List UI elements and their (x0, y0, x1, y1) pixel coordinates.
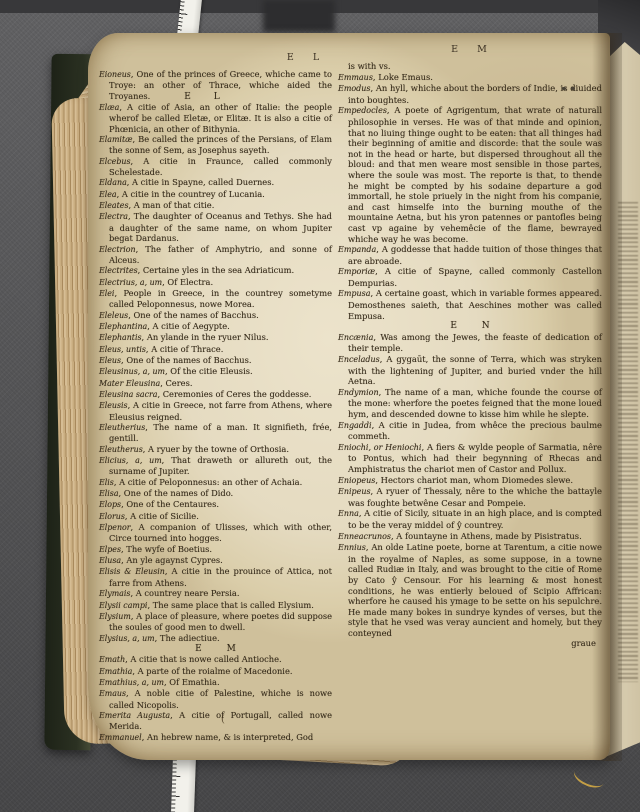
dictionary-entry: Emath, A citie that is nowe called Antio… (99, 654, 332, 665)
dictionary-entry: Elamitæ, Be called the princes of the Pe… (99, 134, 332, 156)
right-column: is with vs.Emmaus, Loke Emaus.Emodus, An… (338, 61, 602, 649)
dictionary-entry: Eniochi, or Heniochi, A fiers & wylde pe… (338, 442, 602, 475)
dictionary-entry: Mater Eleusina, Ceres. (99, 378, 332, 389)
entry-headword: Elorus (99, 512, 125, 521)
dictionary-entry: Elorus, A citie of Sicilie. (99, 511, 332, 522)
dictionary-entry: Electrites, Certaine yles in the sea Adr… (99, 265, 332, 276)
entry-headword: Electrites (99, 266, 138, 275)
dictionary-entry: Empanda, A goddesse that hadde tuition o… (338, 244, 602, 266)
entry-headword: Elops (99, 500, 121, 509)
section-heading: E M (99, 644, 332, 654)
entry-headword: Eleutherus (99, 445, 143, 454)
dictionary-entry: Elcebus, A citie in Fraunce, called comm… (99, 156, 332, 178)
dictionary-entry: Enipeus, A ryuer of Thessaly, nêre to th… (338, 486, 602, 508)
entry-headword: Eleus (99, 356, 121, 365)
printer-mark: ( (221, 714, 225, 725)
dictionary-entry: Emathia, A parte of the roialme of Maced… (99, 666, 332, 677)
entry-headword: Emmanuel (99, 733, 142, 742)
ruler-tick-marks (171, 756, 182, 812)
dictionary-entry: Elisis & Eleusin, A citie in the prouinc… (99, 566, 332, 588)
entry-headword: Elysii campi (99, 601, 147, 610)
entry-headword: Enceladus (338, 355, 380, 364)
entry-headword: Eniochi, or Heniochi (338, 443, 421, 452)
dictionary-entry: Engaddi, A citie in Judea, from whêce th… (338, 420, 602, 442)
dictionary-entry: Eleusinus, a, um, Of the citie Eleusis. (99, 366, 332, 377)
entry-headword: Emath (99, 655, 125, 664)
entry-headword: Emaus (99, 689, 126, 698)
photograph-stage: E L E M Eioneus, One of the princes of G… (0, 0, 640, 812)
section-heading: E N (338, 321, 602, 332)
page-flaw-dot (562, 87, 566, 90)
dictionary-entry: Elæa, A citie of Asia, an other of Itali… (99, 102, 332, 134)
dictionary-entry: Elei, People in Greece, in the countrey … (99, 288, 332, 310)
entry-headword: Elysium (99, 612, 131, 621)
entry-headword: Eleleus (99, 311, 128, 320)
dictionary-entry: Eleus, One of the names of Bacchus. (99, 355, 332, 366)
page-flaw-dot (571, 87, 575, 90)
dictionary-entry: Elpes, The wyfe of Boetius. (99, 544, 332, 555)
dictionary-entry: Elephantis, An ylande in the ryuer Nilus… (99, 332, 332, 343)
entry-headword: Elamitæ (99, 135, 133, 144)
entry-headword: Eleusinus, a, um (99, 367, 165, 376)
entry-headword: Electrius, a, um (99, 278, 162, 287)
dictionary-entry: Elephantina, A citie of Aegypte. (99, 321, 332, 332)
dictionary-entry: Elicius, a, um, That draweth or allureth… (99, 455, 332, 477)
dictionary-entry: Electra, The daughter of Oceanus and Tet… (99, 211, 332, 243)
entry-headword: Elisa (99, 489, 119, 498)
entry-headword: Elysius, a, um (99, 634, 155, 643)
dictionary-entry: Emmaus, Loke Emaus. (338, 72, 602, 84)
entry-headword: Elicius, a, um (99, 456, 162, 465)
entry-headword: Elæa (99, 103, 119, 112)
background-shadow-patch (263, 0, 335, 32)
entry-headword: Eleusina sacra (99, 390, 157, 399)
inline-section-heading: E L (184, 92, 229, 102)
dictionary-entry: Eleusis, A citie in Greece, not farre fr… (99, 400, 332, 422)
dictionary-entry: Eleutherus, A ryuer by the towne of Orth… (99, 444, 332, 455)
ruler-bottom (171, 756, 196, 812)
entry-headword: Eioneus (99, 70, 131, 79)
dictionary-entry: Emathius, a, um, Of Emathia. (99, 677, 332, 688)
entry-headword: Enneacrunos (338, 532, 391, 541)
facing-page-text (618, 202, 638, 682)
entry-headword: Enna (338, 509, 359, 518)
entry-headword: Elymais (99, 589, 130, 598)
dictionary-entry: Elis, A citie of Peloponnesus: an other … (99, 477, 332, 488)
entry-headword: Elephantis (99, 333, 142, 342)
dictionary-entry: Eleleus, One of the names of Bacchus. (99, 310, 332, 321)
dictionary-entry: Eleates, A man of that citie. (99, 200, 332, 211)
running-head-left: E L (272, 52, 342, 63)
entry-headword: Elisis & Eleusin (99, 567, 165, 576)
entry-headword: Mater Eleusina (99, 379, 160, 388)
dictionary-entry: Enneacrunos, A fountayne in Athens, made… (338, 531, 602, 543)
entry-headword: Eleates (99, 201, 129, 210)
dictionary-entry: Electrius, a, um, Of Electra. (99, 277, 332, 288)
entry-headword: Empedocles (338, 106, 387, 115)
entry-headword: Electrion (99, 245, 136, 254)
entry-headword: Eleus, untis (99, 345, 146, 354)
left-column: Eioneus, One of the princes of Greece, w… (99, 69, 332, 743)
dictionary-entry: Enceladus, A gygaūt, the sonne of Terra,… (338, 354, 602, 387)
dictionary-entry: Elymais, A countrey neare Persia. (99, 588, 332, 599)
entry-headword: Elea (99, 190, 117, 199)
entry-headword: Eniopeus (338, 476, 375, 485)
entry-headword: Enipeus (338, 487, 371, 496)
entry-headword: Emerita Augusta (99, 711, 170, 720)
entry-headword: Encænia (338, 333, 373, 342)
dictionary-entry: Emporiæ, A citie of Spayne, called commo… (338, 266, 602, 288)
entry-headword: Empusa (338, 289, 370, 298)
dictionary-entry: Elusa, An yle agaynst Cypres. (99, 555, 332, 566)
running-head-right: E M (438, 44, 508, 55)
entry-headword: Elusa (99, 556, 121, 565)
entry-headword: Empanda (338, 245, 376, 254)
entry-headword: Emathia (99, 667, 132, 676)
dictionary-entry: Encænia, Was among the Jewes, the feaste… (338, 332, 602, 354)
catchword: graue (338, 638, 602, 649)
dictionary-entry: Elisa, One of the names of Dido. (99, 488, 332, 499)
entry-headword: Engaddi (338, 421, 372, 430)
entry-headword: Eleutherius (99, 423, 145, 432)
entry-headword: Emathius, a, um (99, 678, 164, 687)
entry-headword: Elpenor (99, 523, 131, 532)
entry-headword: Elephantina (99, 322, 147, 331)
entry-headword: Eldana (99, 178, 127, 187)
facing-page-sliver (606, 42, 640, 764)
dictionary-entry: Eleutherius, The name of a man. It signi… (99, 422, 332, 444)
entry-headword: Eleusis (99, 401, 128, 410)
dictionary-entry: Emmanuel, An hebrew name, & is interpret… (99, 732, 332, 743)
dictionary-entry: Electrion, The father of Amphytrio, and … (99, 244, 332, 266)
gold-thread (571, 762, 608, 791)
dictionary-entry: Emerita Augusta, A citie of Portugall, c… (99, 710, 332, 732)
entry-headword: Ennius (338, 543, 366, 552)
dictionary-entry: Elpenor, A companion of Ulisses, which w… (99, 522, 332, 544)
dictionary-entry: Elea, A citie in the countrey of Lucania… (99, 189, 332, 200)
entry-headword: Emodus (338, 84, 371, 93)
dictionary-entry: Elysius, a, um, The adiectiue. (99, 633, 332, 644)
dictionary-entry: Elysium, A place of pleasure, where poet… (99, 611, 332, 633)
entry-headword: Emporiæ (338, 267, 375, 276)
entry-headword: Emmaus (338, 73, 373, 82)
entry-headword: Elcebus (99, 157, 131, 166)
entry-headword: Endymion (338, 388, 379, 397)
dictionary-entry: Elysii campi, The same place that is cal… (99, 600, 332, 611)
dictionary-entry: Eioneus, One of the princes of Greece, w… (99, 69, 332, 102)
entry-headword: Elei (99, 289, 114, 298)
dictionary-entry: Eniopeus, Hectors chariot man, whom Diom… (338, 475, 602, 487)
dictionary-entry: Emaus, A noble citie of Palestine, which… (99, 688, 332, 710)
dictionary-entry: Eleus, untis, A citie of Thrace. (99, 344, 332, 355)
dictionary-entry: Empusa, A certaine goast, which in varia… (338, 288, 602, 321)
dictionary-entry: Eleusina sacra, Ceremonies of Ceres the … (99, 389, 332, 400)
dictionary-entry: Endymion, The name of a man, whiche foun… (338, 387, 602, 420)
entry-headword: Elpes (99, 545, 121, 554)
dictionary-entry: Empedocles, A poete of Agrigentum, that … (338, 105, 602, 244)
entry-headword: Electra (99, 212, 128, 221)
entry-headword: Elis (99, 478, 114, 487)
dictionary-entry: Eldana, A citie in Spayne, called Duerne… (99, 177, 332, 188)
dictionary-entry: is with vs. (338, 61, 602, 72)
dictionary-entry: Elops, One of the Centaures. (99, 499, 332, 510)
dictionary-entry: Enna, A citie of Sicily, situate in an h… (338, 508, 602, 530)
dictionary-entry: Ennius, An olde Latine poete, borne at T… (338, 542, 602, 638)
